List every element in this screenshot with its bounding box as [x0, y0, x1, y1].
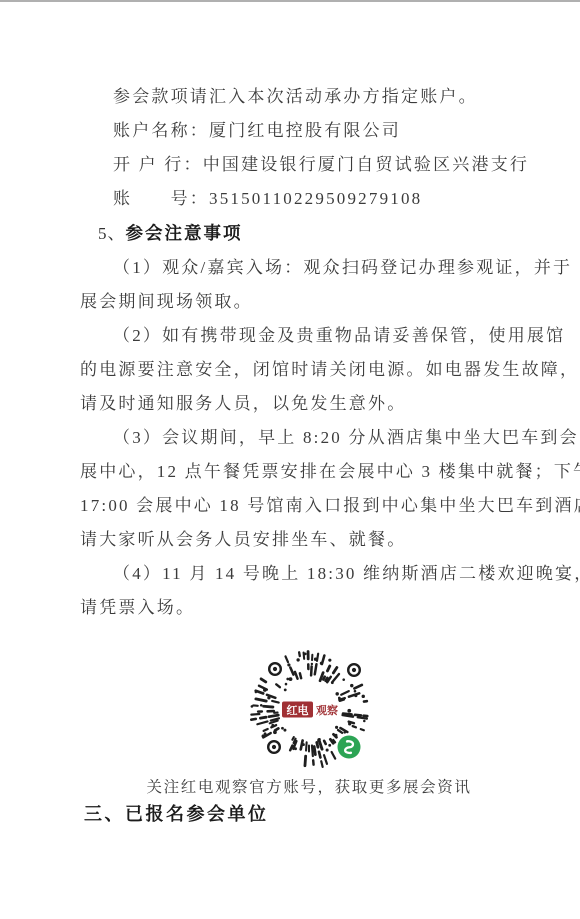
- text-line: 请及时通知服务人员，以免发生意外。: [80, 387, 546, 421]
- text-line: 17:00 会展中心 18 号馆南入口报到中心集中坐大巴车到酒店。: [80, 489, 546, 523]
- text-line: 展会期间现场领取。: [80, 285, 546, 319]
- section5-heading: 5、参会注意事项: [80, 216, 546, 251]
- document-page: 参会款项请汇入本次活动承办方指定账户。 账户名称：厦门红电控股有限公司 开 户 …: [0, 0, 580, 919]
- brand-logo-subtext: 观察: [316, 703, 338, 717]
- qr-section: 红电 观察 关注红电观察官方账号，获取更多展会资讯: [0, 648, 580, 799]
- bank-line: 开 户 行：中国建设银行厦门自贸试验区兴港支行: [80, 148, 546, 182]
- section5-number: 5、: [98, 224, 126, 243]
- account-number-line: 账 号：35150110229509279108: [80, 182, 546, 216]
- qr-caption: 关注红电观察官方账号，获取更多展会资讯: [38, 777, 580, 799]
- qr-code: 红电 观察: [247, 648, 371, 772]
- text-line: （2）如有携带现金及贵重物品请妥善保管，使用展馆: [80, 319, 546, 353]
- text-line: 请凭票入场。: [80, 591, 546, 625]
- text-line: （1）观众/嘉宾入场：观众扫码登记办理参观证，并于: [80, 251, 546, 285]
- account-name-line: 账户名称：厦门红电控股有限公司: [80, 114, 546, 148]
- text-line: 展中心，12 点午餐凭票安排在会展中心 3 楼集中就餐；下午: [80, 455, 546, 489]
- text-body: 参会款项请汇入本次活动承办方指定账户。 账户名称：厦门红电控股有限公司 开 户 …: [0, 2, 580, 625]
- section5-title: 参会注意事项: [126, 223, 243, 243]
- text-line: （3）会议期间，早上 8:20 分从酒店集中坐大巴车到会: [80, 421, 546, 455]
- text-line: 请大家听从会务人员安排坐车、就餐。: [80, 523, 546, 557]
- text-line: 的电源要注意安全，闭馆时请关闭电源。如电器发生故障，: [80, 353, 546, 387]
- section3-heading: 三、已报名参会单位: [0, 801, 580, 827]
- text-line: （4）11 月 14 号晚上 18:30 维纳斯酒店二楼欢迎晚宴，: [80, 557, 546, 591]
- brand-logo-text: 红电: [287, 703, 309, 717]
- text-line: 参会款项请汇入本次活动承办方指定账户。: [80, 80, 546, 114]
- wechat-channels-icon: [338, 736, 361, 759]
